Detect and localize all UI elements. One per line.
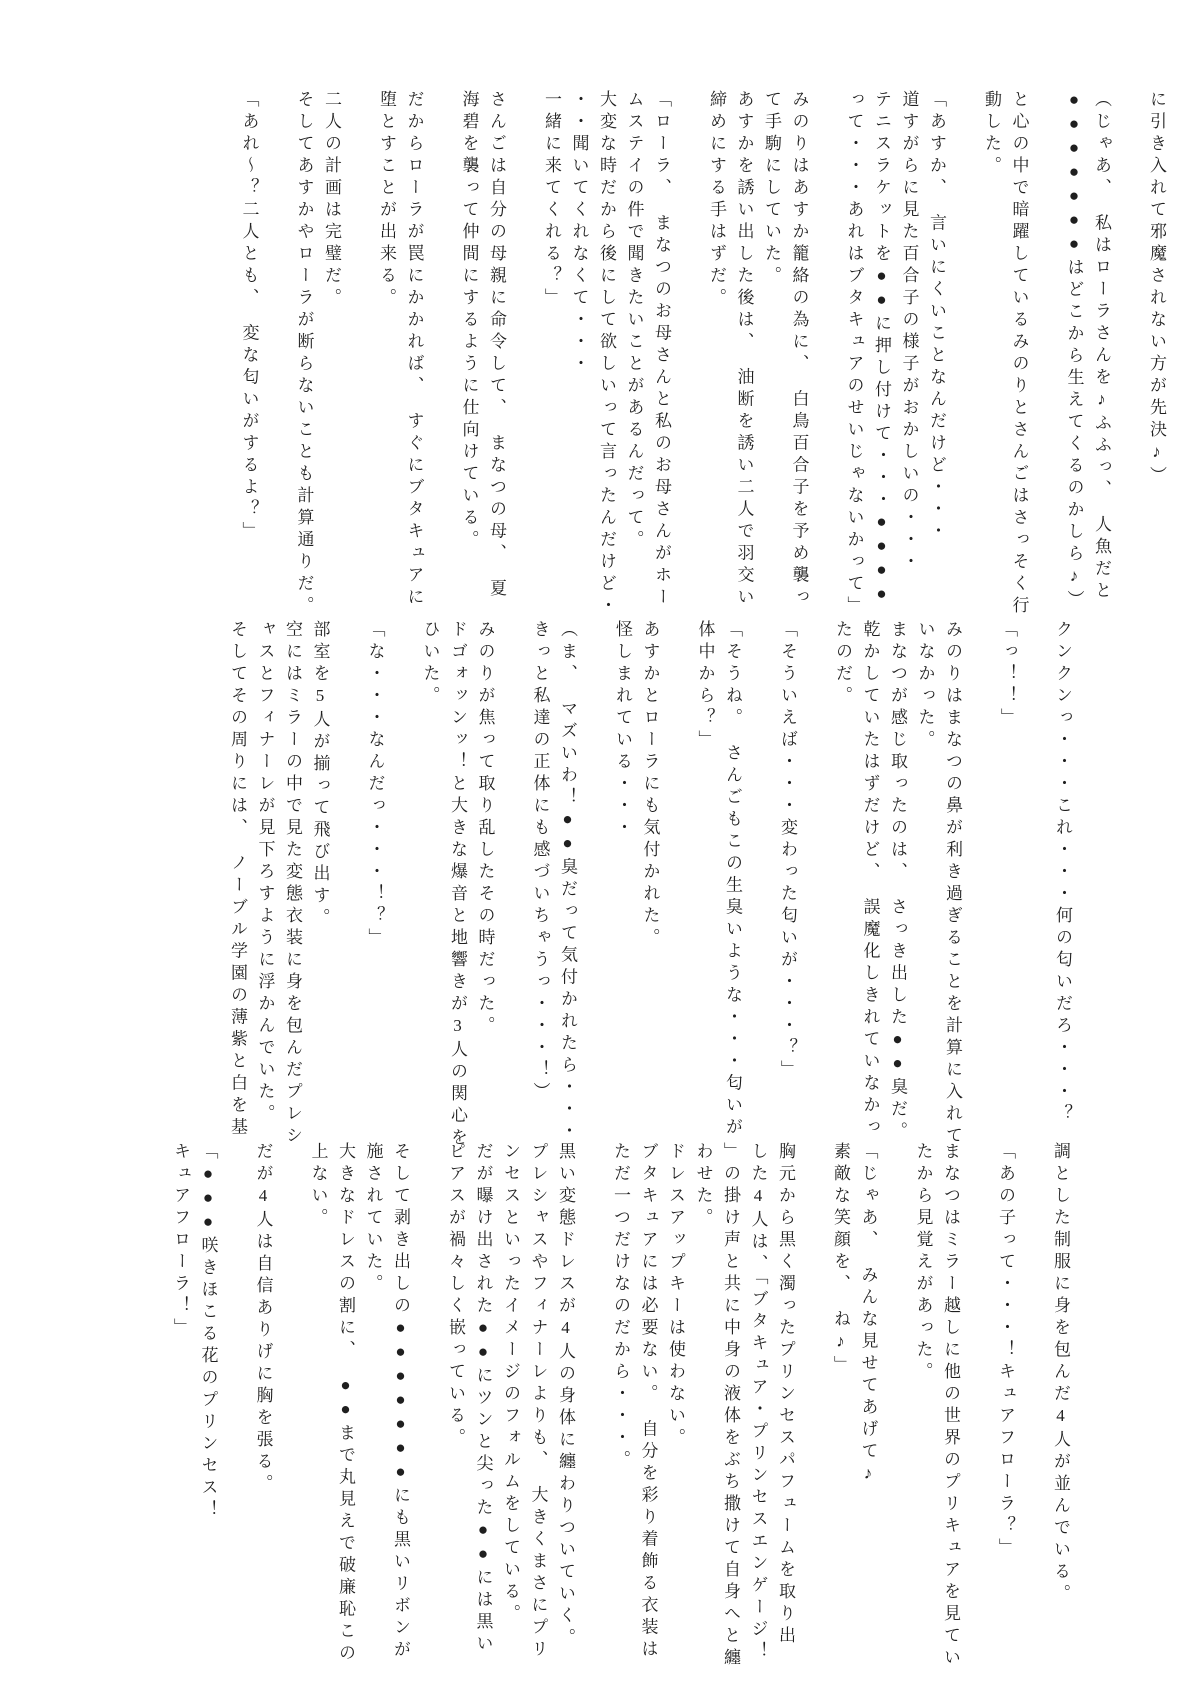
paragraph: （ま、 マズいわ！●●臭だって気付かれたら・・・きっと私達の正体にも感づいちゃう… — [526, 620, 581, 1150]
paragraph: さんごは自分の母親に命令して、 まなつの母、 夏海碧を襲って仲間にするように仕向… — [455, 90, 510, 620]
paragraph: 「じゃあ、 みんな見せてあげて♪素敵な笑顔を、 ね♪」 — [827, 1142, 882, 1672]
paragraph: あすかとローラにも気付かれた。怪しまれている・・・ — [609, 620, 664, 1150]
paragraph: 「な・・・なんだっ・・・！？」 — [361, 620, 389, 1150]
paragraph: 「そういえば・・・変わった匂いが・・・？」 — [774, 620, 802, 1150]
text-band-top: に引き入れて邪魔されない方が先決♪）（じゃあ、 私はローラさんを♪ふふっ、 人魚… — [235, 90, 1170, 620]
paragraph: まなつはミラー越しに他の世界のプリキュアを見ていたから見覚えがあった。 — [909, 1142, 964, 1672]
paragraph: 調とした制服に身を包んだ4人が並んでいる。 — [1047, 1142, 1075, 1672]
paragraph: と心の中で暗躍しているみのりとさんごはさっそく行動した。 — [978, 90, 1033, 620]
paragraph: （じゃあ、 私はローラさんを♪ふふっ、 人魚だと●●●●●●●はどこから生えてく… — [1060, 90, 1115, 620]
paragraph: みのりはあすか籠絡の為に、 白鳥百合子を予め襲って手駒にしていた。あすかを誘い出… — [703, 90, 813, 620]
paragraph: 「ローラ、 まなつのお母さんと私のお母さんがホームステイの件で聞きたいことがある… — [538, 90, 676, 620]
paragraph: 「そうね。 さんごもこの生臭いような・・・匂いが体中から？」 — [691, 620, 746, 1150]
paragraph: 黒い変態ドレスが4人の身体に纏わりついていく。プレシャスやフィナーレよりも、 大… — [442, 1142, 580, 1672]
paragraph: 「あすか、 言いにくいことなんだけど・・・道すがらに見た百合子の様子がおかしいの… — [840, 90, 950, 620]
paragraph: だが4人は自信ありげに胸を張る。 — [249, 1142, 277, 1672]
paragraph: 「っ！！」 — [994, 620, 1022, 1150]
paragraph: だからローラが罠にかかれば、 すぐにブタキュアに堕とすことが出来る。 — [373, 90, 428, 620]
paragraph: みのりが焦って取り乱したその時だった。ドゴォッンッ！と大きな爆音と地響きが3人の… — [416, 620, 499, 1150]
paragraph: 「あの子って・・・！キュアフローラ？」 — [992, 1142, 1020, 1672]
paragraph: 二人の計画は完璧だ。そしてあすかやローラが断らないことも計算通りだ。 — [290, 90, 345, 620]
paragraph: そして剥き出しの●●●●●●●にも黒いリボンが施されていた。大きなドレスの割に、… — [304, 1142, 414, 1672]
paragraph: 「●●●咲きほこる花のプリンセス！キュアフローラ！」 — [167, 1142, 222, 1672]
paragraph: 部室を5人が揃って飛び出す。空にはミラーの中で見た変態衣装に身を包んだプレシャス… — [224, 620, 334, 1150]
paragraph: に引き入れて邪魔されない方が先決♪） — [1143, 90, 1171, 620]
paragraph: クンクンっ・・・これ・・・何の匂いだろ・・・？ — [1049, 620, 1077, 1150]
paragraph: みのりはまなつの鼻が利き過ぎることを計算に入れていなかった。まなつが感じ取ったの… — [829, 620, 967, 1150]
paragraph: 「あれ～？二人とも、 変な匂いがするよ？」 — [235, 90, 263, 620]
page: { "page": { "width": 1200, "height": 169… — [0, 0, 1200, 1695]
paragraph: 胸元から黒く濁ったプリンセスパフュームを取り出した4人は、「ブタキュア・プリンセ… — [607, 1142, 800, 1672]
text-band-middle: クンクンっ・・・これ・・・何の匂いだろ・・・？「っ！！」みのりはまなつの鼻が利き… — [224, 620, 1171, 1150]
text-band-bottom: 調とした制服に身を包んだ4人が並んでいる。「あの子って・・・！キュアフローラ？」… — [167, 1142, 1171, 1672]
